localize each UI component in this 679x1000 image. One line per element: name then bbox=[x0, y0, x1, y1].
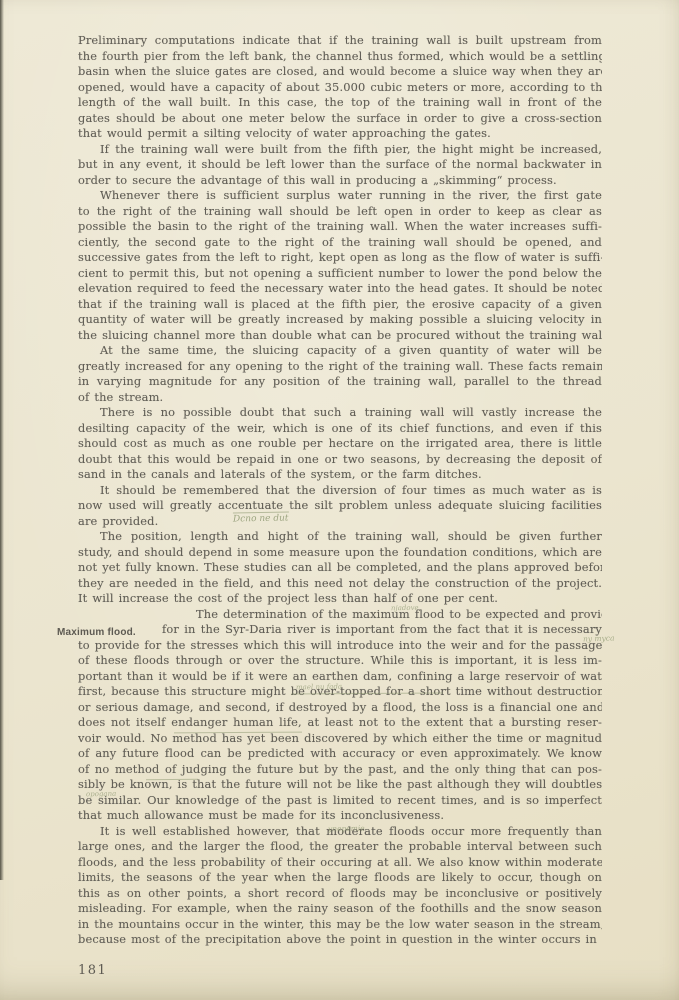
text-line: of any future flood can be predicted wit… bbox=[78, 746, 602, 762]
text-line: to the right of the training wall should… bbox=[78, 204, 602, 220]
paragraph-p5: There is no possible doubt that such a t… bbox=[78, 405, 602, 483]
text-line: large ones, and the larger the flood, th… bbox=[78, 839, 602, 855]
text-line: Whenever there is sufficient surplus wat… bbox=[78, 188, 602, 204]
text-line: sand in the canals and laterals of the s… bbox=[78, 467, 602, 483]
margin-note: Maximum flood. bbox=[57, 627, 136, 638]
text-line: should cost as much as one rouble per he… bbox=[78, 436, 602, 452]
text-line: the sluicing channel more than double wh… bbox=[78, 328, 602, 344]
text-line: voir would. No method has yet been disco… bbox=[78, 731, 602, 747]
text-column: Preliminary computations indicate that i… bbox=[78, 33, 602, 948]
text-line: cient to permit this, but not opening a … bbox=[78, 266, 602, 282]
text-line: successive gates from the left to right,… bbox=[78, 250, 602, 266]
text-line: this as on other points, a short record … bbox=[78, 886, 602, 902]
text-line: order to secure the advantage of this wa… bbox=[78, 173, 602, 189]
text-line: The determination of the maximum flood t… bbox=[78, 607, 602, 623]
text-line: It is well established however, that mod… bbox=[78, 824, 602, 840]
text-line: of no method of judging the future but b… bbox=[78, 762, 602, 778]
text-line: floods, and the less probability of thei… bbox=[78, 855, 602, 871]
text-line: first, because this structure might be o… bbox=[78, 684, 602, 700]
text-line: or serious damage, and second, if destro… bbox=[78, 700, 602, 716]
paragraph-p9: It is well established however, that mod… bbox=[78, 824, 602, 948]
text-line: The position, length and hight of the tr… bbox=[78, 529, 602, 545]
text-line: Preliminary computations indicate that i… bbox=[78, 33, 602, 49]
text-line: sibly be known, is that the future will … bbox=[78, 777, 602, 793]
paragraph-p3: Whenever there is sufficient surplus wat… bbox=[78, 188, 602, 343]
text-line: in the mountains occur in the winter, th… bbox=[78, 917, 602, 933]
text-line: now used will greatly accentuate the sil… bbox=[78, 498, 602, 514]
text-line: to provide for the stresses which this w… bbox=[78, 638, 602, 654]
paragraph-p7: The position, length and hight of the tr… bbox=[78, 529, 602, 607]
text-line: because most of the precipitation above … bbox=[78, 932, 602, 948]
text-line: does not itself endanger human life, at … bbox=[78, 715, 602, 731]
paragraph-p1: Preliminary computations indicate that i… bbox=[78, 33, 602, 142]
text-line: portant than it would be if it were an e… bbox=[78, 669, 602, 685]
scanned-page: Preliminary computations indicate that i… bbox=[0, 0, 679, 1000]
text-line: If the training wall were built from the… bbox=[78, 142, 602, 158]
text-line: quantity of water will be greatly increa… bbox=[78, 312, 602, 328]
text-line: elevation required to feed the necessary… bbox=[78, 281, 602, 297]
text-line: desilting capacity of the weir, which is… bbox=[78, 421, 602, 437]
text-line: greatly increased for any opening to the… bbox=[78, 359, 602, 375]
text-line: that would permit a silting velocity of … bbox=[78, 126, 602, 142]
text-line: study, and should depend in some measure… bbox=[78, 545, 602, 561]
text-line: possible the basin to the right of the t… bbox=[78, 219, 602, 235]
paragraph-p6: It should be remembered that the diversi… bbox=[78, 483, 602, 530]
text-line: It will increase the cost of the project… bbox=[78, 591, 602, 607]
text-line: are provided. bbox=[78, 514, 602, 530]
text-line: basin when the sluice gates are closed, … bbox=[78, 64, 602, 80]
paragraph-p8: The determination of the maximum flood t… bbox=[78, 607, 602, 824]
text-line: limits, the seasons of the year when the… bbox=[78, 870, 602, 886]
text-line: ciently, the second gate to the right of… bbox=[78, 235, 602, 251]
text-line: of the stream. bbox=[78, 390, 602, 406]
text-line: not yet fully known. These studies can a… bbox=[78, 560, 602, 576]
text-line: opened, would have a capacity of about 3… bbox=[78, 80, 602, 96]
text-line: doubt that this would be repaid in one o… bbox=[78, 452, 602, 468]
text-line: gates should be about one meter below th… bbox=[78, 111, 602, 127]
text-line: the fourth pier from the left bank, the … bbox=[78, 49, 602, 65]
text-line: that if the training wall is placed at t… bbox=[78, 297, 602, 313]
paragraph-p4: At the same time, the sluicing capacity … bbox=[78, 343, 602, 405]
text-line: in varying magnitude for any position of… bbox=[78, 374, 602, 390]
text-line: misleading. For example, when the rainy … bbox=[78, 901, 602, 917]
paragraph-p2: If the training wall were built from the… bbox=[78, 142, 602, 189]
text-line: they are needed in the field, and this n… bbox=[78, 576, 602, 592]
text-line: but in any event, it should be left lowe… bbox=[78, 157, 602, 173]
text-line: for in the Syr-Daria river is important … bbox=[78, 622, 602, 638]
text-line: At the same time, the sluicing capacity … bbox=[78, 343, 602, 359]
page-left-edge bbox=[0, 0, 4, 880]
text-line: be similar. Our knowledge of the past is… bbox=[78, 793, 602, 809]
text-line: that much allowance must be made for its… bbox=[78, 808, 602, 824]
page-number: 181 bbox=[78, 963, 107, 978]
text-line: length of the wall built. In this case, … bbox=[78, 95, 602, 111]
text-line: There is no possible doubt that such a t… bbox=[78, 405, 602, 421]
text-line: It should be remembered that the diversi… bbox=[78, 483, 602, 499]
text-line: of these floods through or over the stru… bbox=[78, 653, 602, 669]
